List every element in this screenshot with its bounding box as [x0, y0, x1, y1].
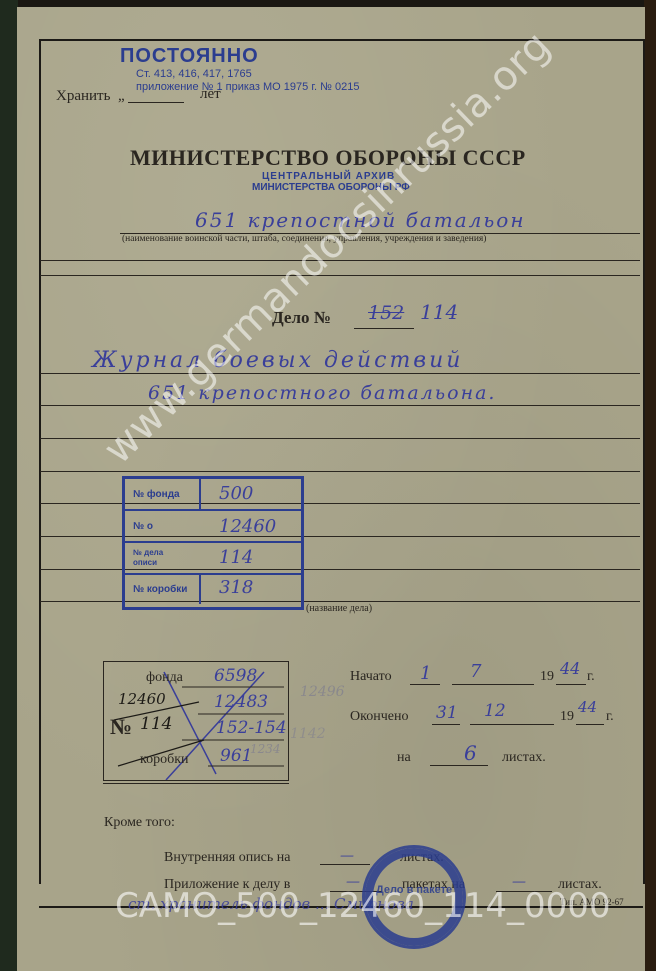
fund-value: 12460: [219, 516, 276, 537]
folder-edge: [644, 0, 656, 971]
started-label: Начато: [350, 669, 392, 685]
started-year-suffix: г.: [587, 669, 595, 685]
old-case-value: 152-154: [216, 718, 287, 738]
old-fund-value: 6598: [214, 666, 257, 686]
folder-spine: [0, 0, 18, 971]
besides-label: Кроме того:: [104, 815, 175, 831]
fund-label: № коробки: [133, 584, 187, 595]
keep-years-label: лет: [200, 86, 221, 103]
sheets-field: [430, 765, 488, 766]
ended-year-suffix: г.: [606, 709, 614, 725]
title-line-1: [40, 373, 640, 374]
ministry-title: МИНИСТЕРСТВО ОБОРОНЫ СССР: [130, 145, 526, 171]
ended-year: 44: [578, 698, 597, 716]
inventory-field: [320, 864, 370, 865]
title-line-4: [40, 471, 640, 472]
blank-line-2: [40, 275, 640, 276]
old-case-struck: 114: [140, 714, 172, 734]
case-number-new: 114: [420, 300, 458, 324]
keep-quote: „: [118, 88, 125, 105]
keep-label: Хранить: [56, 88, 110, 105]
started-month: 7: [470, 661, 481, 682]
fund-label: № фонда: [133, 489, 180, 500]
fund-row: № коробки 318: [125, 575, 301, 604]
file-id-watermark: CAMO_500_12460_114_0000: [115, 886, 611, 926]
fund-row: № о 12460: [125, 511, 301, 543]
fund-value: 500: [219, 483, 253, 504]
old-no-sign: №: [110, 714, 132, 740]
fund-label: № дела описи: [133, 548, 183, 568]
fund-stamp: № фонда 500 № о 12460 № дела описи 114 №…: [122, 476, 304, 610]
case-number-old: 152: [368, 302, 404, 324]
old-box-bottom-rule: [103, 783, 289, 784]
case-title-line1: Журнал боевых действий: [92, 348, 463, 373]
fund-separator: [199, 575, 201, 604]
started-year-field: [556, 684, 586, 685]
fund-label: № о: [133, 521, 153, 532]
fund-value: 318: [219, 577, 253, 598]
case-name-caption: (название дела): [306, 603, 372, 614]
ended-day-field: [432, 724, 460, 725]
ended-day: 31: [436, 703, 458, 723]
started-day-field: [410, 684, 440, 685]
started-century: 19: [540, 669, 554, 685]
fund-row: № фонда 500: [125, 479, 301, 511]
faded-value-1: 12496: [300, 684, 345, 700]
ended-century: 19: [560, 709, 574, 725]
inventory-value: —: [340, 848, 354, 864]
old-inventory-struck: 12460: [118, 690, 166, 708]
old-inventory-value: 12483: [214, 692, 268, 712]
started-year: 44: [560, 659, 580, 678]
old-box-value: 961: [220, 746, 252, 766]
sheets-prefix: на: [397, 750, 411, 766]
started-month-field: [452, 684, 534, 685]
ended-label: Окончено: [350, 709, 408, 725]
old-fund-box: фонда 6598 12460 12483 № 114 152-154 кор…: [103, 661, 289, 781]
case-number-line: [354, 328, 414, 329]
inventory-label: Внутренняя опись на: [164, 850, 291, 866]
ended-month: 12: [484, 701, 506, 721]
sheets-label: листах.: [502, 750, 546, 766]
ended-year-field: [576, 724, 604, 725]
fund-separator: [199, 479, 201, 509]
old-fund-label: фонда: [146, 670, 183, 686]
stamp-order: приложение № 1 приказ МО 1975 г. № 0215: [136, 81, 359, 93]
sheets-count: 6: [464, 741, 477, 765]
keep-years-field: [128, 102, 184, 103]
stamp-articles: Ст. 413, 416, 417, 1765: [136, 68, 252, 80]
ended-month-field: [470, 724, 554, 725]
old-box-label: коробки: [140, 752, 189, 768]
stamp-permanent: ПОСТОЯННО: [120, 45, 259, 68]
started-day: 1: [420, 663, 431, 684]
faded-value-3: 1234: [250, 742, 281, 756]
fund-row: № дела описи 114: [125, 543, 301, 575]
fund-value: 114: [219, 547, 253, 568]
faded-value-2: 1142: [290, 726, 326, 742]
